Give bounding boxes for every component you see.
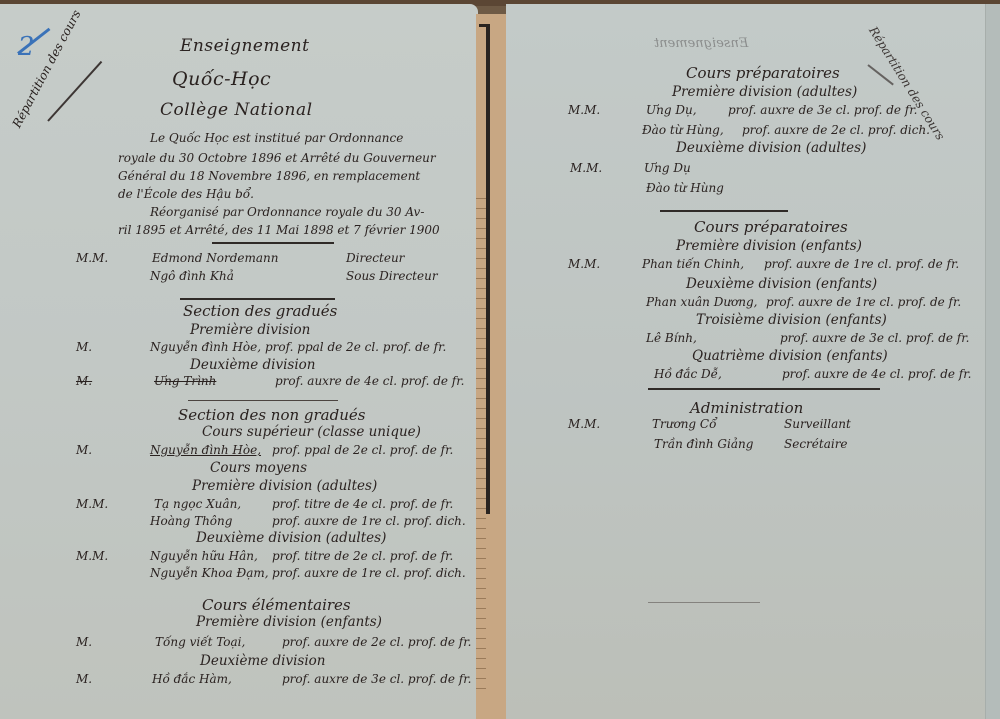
- staff-role: Directeur: [346, 252, 404, 264]
- binding-bar: [486, 24, 490, 514]
- intro-line: royale du 30 Octobre 1896 et Arrêté du G…: [118, 152, 436, 164]
- section-title: Administration: [690, 401, 803, 416]
- division-label: Deuxième division (adultes): [676, 142, 866, 156]
- staff-name: Edmond Nordemann: [152, 252, 279, 264]
- division-label: Deuxième division (enfants): [686, 278, 877, 292]
- intro-line: Le Quốc Học est institué par Ordonnance: [150, 132, 403, 144]
- divider: [660, 210, 788, 212]
- pencil-line: [47, 61, 102, 122]
- staff-name: Phan tiến Chinh,: [642, 258, 744, 270]
- staff-name: Lê Bính,: [646, 332, 697, 344]
- staff-role: Sous Directeur: [346, 270, 438, 282]
- staff-detail: prof. auxre de 3e cl. prof. de fr.: [780, 332, 969, 344]
- staff-detail: prof. ppal de 2e cl. prof. de fr.: [265, 341, 446, 353]
- staff-role: Surveillant: [784, 418, 851, 430]
- staff-detail: prof. auxre de 2e cl. prof. dich.: [742, 124, 930, 136]
- prefix: M.M.: [76, 252, 108, 264]
- staff-name: Đào từ Hùng: [646, 182, 724, 194]
- staff-detail: prof. auxre de 2e cl. prof. de fr.: [282, 636, 471, 648]
- staff-name: Đào từ Hùng,: [642, 124, 724, 136]
- prefix: M.M.: [568, 418, 600, 430]
- prefix: M.: [76, 341, 92, 353]
- staff-name: Hồ đắc Dễ,: [654, 368, 722, 380]
- division-label: Deuxième division: [190, 359, 315, 373]
- division-label: Première division (enfants): [676, 240, 862, 254]
- prefix: M.M.: [76, 498, 108, 510]
- staff-name: Tống viết Toại,: [155, 636, 245, 648]
- staff-detail: prof. ppal de 2e cl. prof. de fr.: [272, 444, 453, 456]
- staff-name: Trần đình Giảng: [654, 438, 753, 450]
- prefix: M.M.: [568, 258, 600, 270]
- doc-title: Enseignement: [180, 38, 309, 55]
- course-label: Cours supérieur (classe unique): [202, 426, 421, 440]
- section-title: Section des non gradués: [178, 408, 365, 423]
- prefix: M.M.: [570, 162, 602, 174]
- college-title: Collège National: [160, 102, 313, 119]
- division-label: Première division (adultes): [192, 480, 377, 494]
- prefix: M.: [76, 444, 92, 456]
- staff-name: Ưng Dụ: [644, 162, 691, 174]
- reorg-line: Réorganisé par Ordonnance royale du 30 A…: [150, 206, 424, 218]
- staff-name: Tạ ngọc Xuân,: [154, 498, 241, 510]
- staff-name: Phan xuân Dương,: [646, 296, 758, 308]
- staff-name: Nguyễn đình Hòe,: [150, 444, 261, 456]
- staff-name: Hồ đắc Hàm,: [152, 673, 232, 685]
- staff-name: Nguyễn hữu Hân,: [150, 550, 258, 562]
- margin-note: Répartition des cours: [10, 8, 84, 130]
- course-label: Cours moyens: [210, 462, 307, 476]
- section-title: Section des gradués: [183, 304, 337, 319]
- course-label: Cours élémentaires: [202, 598, 351, 613]
- staff-name: Hoàng Thông: [150, 515, 232, 527]
- staff-role: Secrétaire: [784, 438, 848, 450]
- staff-detail: prof. auxre de 4e cl. prof. de fr.: [275, 375, 464, 387]
- division-label: Troisième division (enfants): [696, 314, 887, 328]
- divider: [212, 242, 334, 244]
- book-binding: [476, 14, 506, 719]
- doc-subtitle: Quốc-Học: [172, 70, 271, 89]
- staff-detail: prof. auxre de 1re cl. prof. dich.: [272, 515, 466, 527]
- staff-detail: prof. auxre de 3e cl. prof. de fr.: [282, 673, 471, 685]
- divider: [180, 298, 335, 300]
- staff-name: Trương Cổ: [652, 418, 716, 430]
- division-label: Deuxième division (adultes): [196, 532, 386, 546]
- right-page: Enseignement Répartition des cours Cours…: [506, 4, 985, 719]
- staff-detail: prof. auxre de 1re cl. prof. de fr.: [764, 258, 959, 270]
- staff-detail: prof. auxre de 1re cl. prof. de fr.: [766, 296, 961, 308]
- section-title: Cours préparatoires: [694, 220, 848, 235]
- intro-line: Général du 18 Novembre 1896, en remplace…: [118, 170, 420, 182]
- division-label: Deuxième division: [200, 655, 325, 669]
- next-page-edge: [985, 4, 1000, 719]
- staff-name: Nguyễn đình Hòe,: [150, 341, 261, 353]
- division-label: Première division (enfants): [196, 616, 382, 630]
- bleed-through-title: Enseignement: [654, 36, 748, 51]
- staff-name: Ưng Dụ,: [646, 104, 697, 116]
- staff-name: Nguyễn Khoa Đạm,: [150, 567, 269, 579]
- prefix: M.M.: [568, 104, 600, 116]
- division-label: Quatrième division (enfants): [692, 350, 888, 364]
- prefix: M.: [76, 673, 92, 685]
- faint-rule: [648, 602, 760, 603]
- staff-name: Ngô đình Khả: [150, 270, 234, 282]
- left-page: 2 Répartition des cours Enseignement Quố…: [0, 4, 478, 719]
- section-title: Cours préparatoires: [686, 66, 840, 81]
- prefix: M.: [76, 375, 92, 387]
- prefix: M.M.: [76, 550, 108, 562]
- staff-detail: prof. titre de 4e cl. prof. de fr.: [272, 498, 453, 510]
- staff-name: Ưng Trình: [154, 375, 216, 387]
- prefix: M.: [76, 636, 92, 648]
- division-label: Première division: [190, 324, 310, 338]
- intro-line: de l'École des Hậu bổ.: [118, 188, 254, 200]
- staff-detail: prof. auxre de 1re cl. prof. dich.: [272, 567, 466, 579]
- divider: [648, 388, 880, 390]
- staff-detail: prof. auxre de 4e cl. prof. de fr.: [782, 368, 971, 380]
- divider: [188, 400, 338, 401]
- staff-detail: prof. titre de 2e cl. prof. de fr.: [272, 550, 453, 562]
- division-label: Première division (adultes): [672, 86, 857, 100]
- staff-detail: prof. auxre de 3e cl. prof. de fr.: [728, 104, 917, 116]
- reorg-line: ril 1895 et Arrêté, des 11 Mai 1898 et 7…: [118, 224, 440, 236]
- binding-edge: [476, 189, 486, 689]
